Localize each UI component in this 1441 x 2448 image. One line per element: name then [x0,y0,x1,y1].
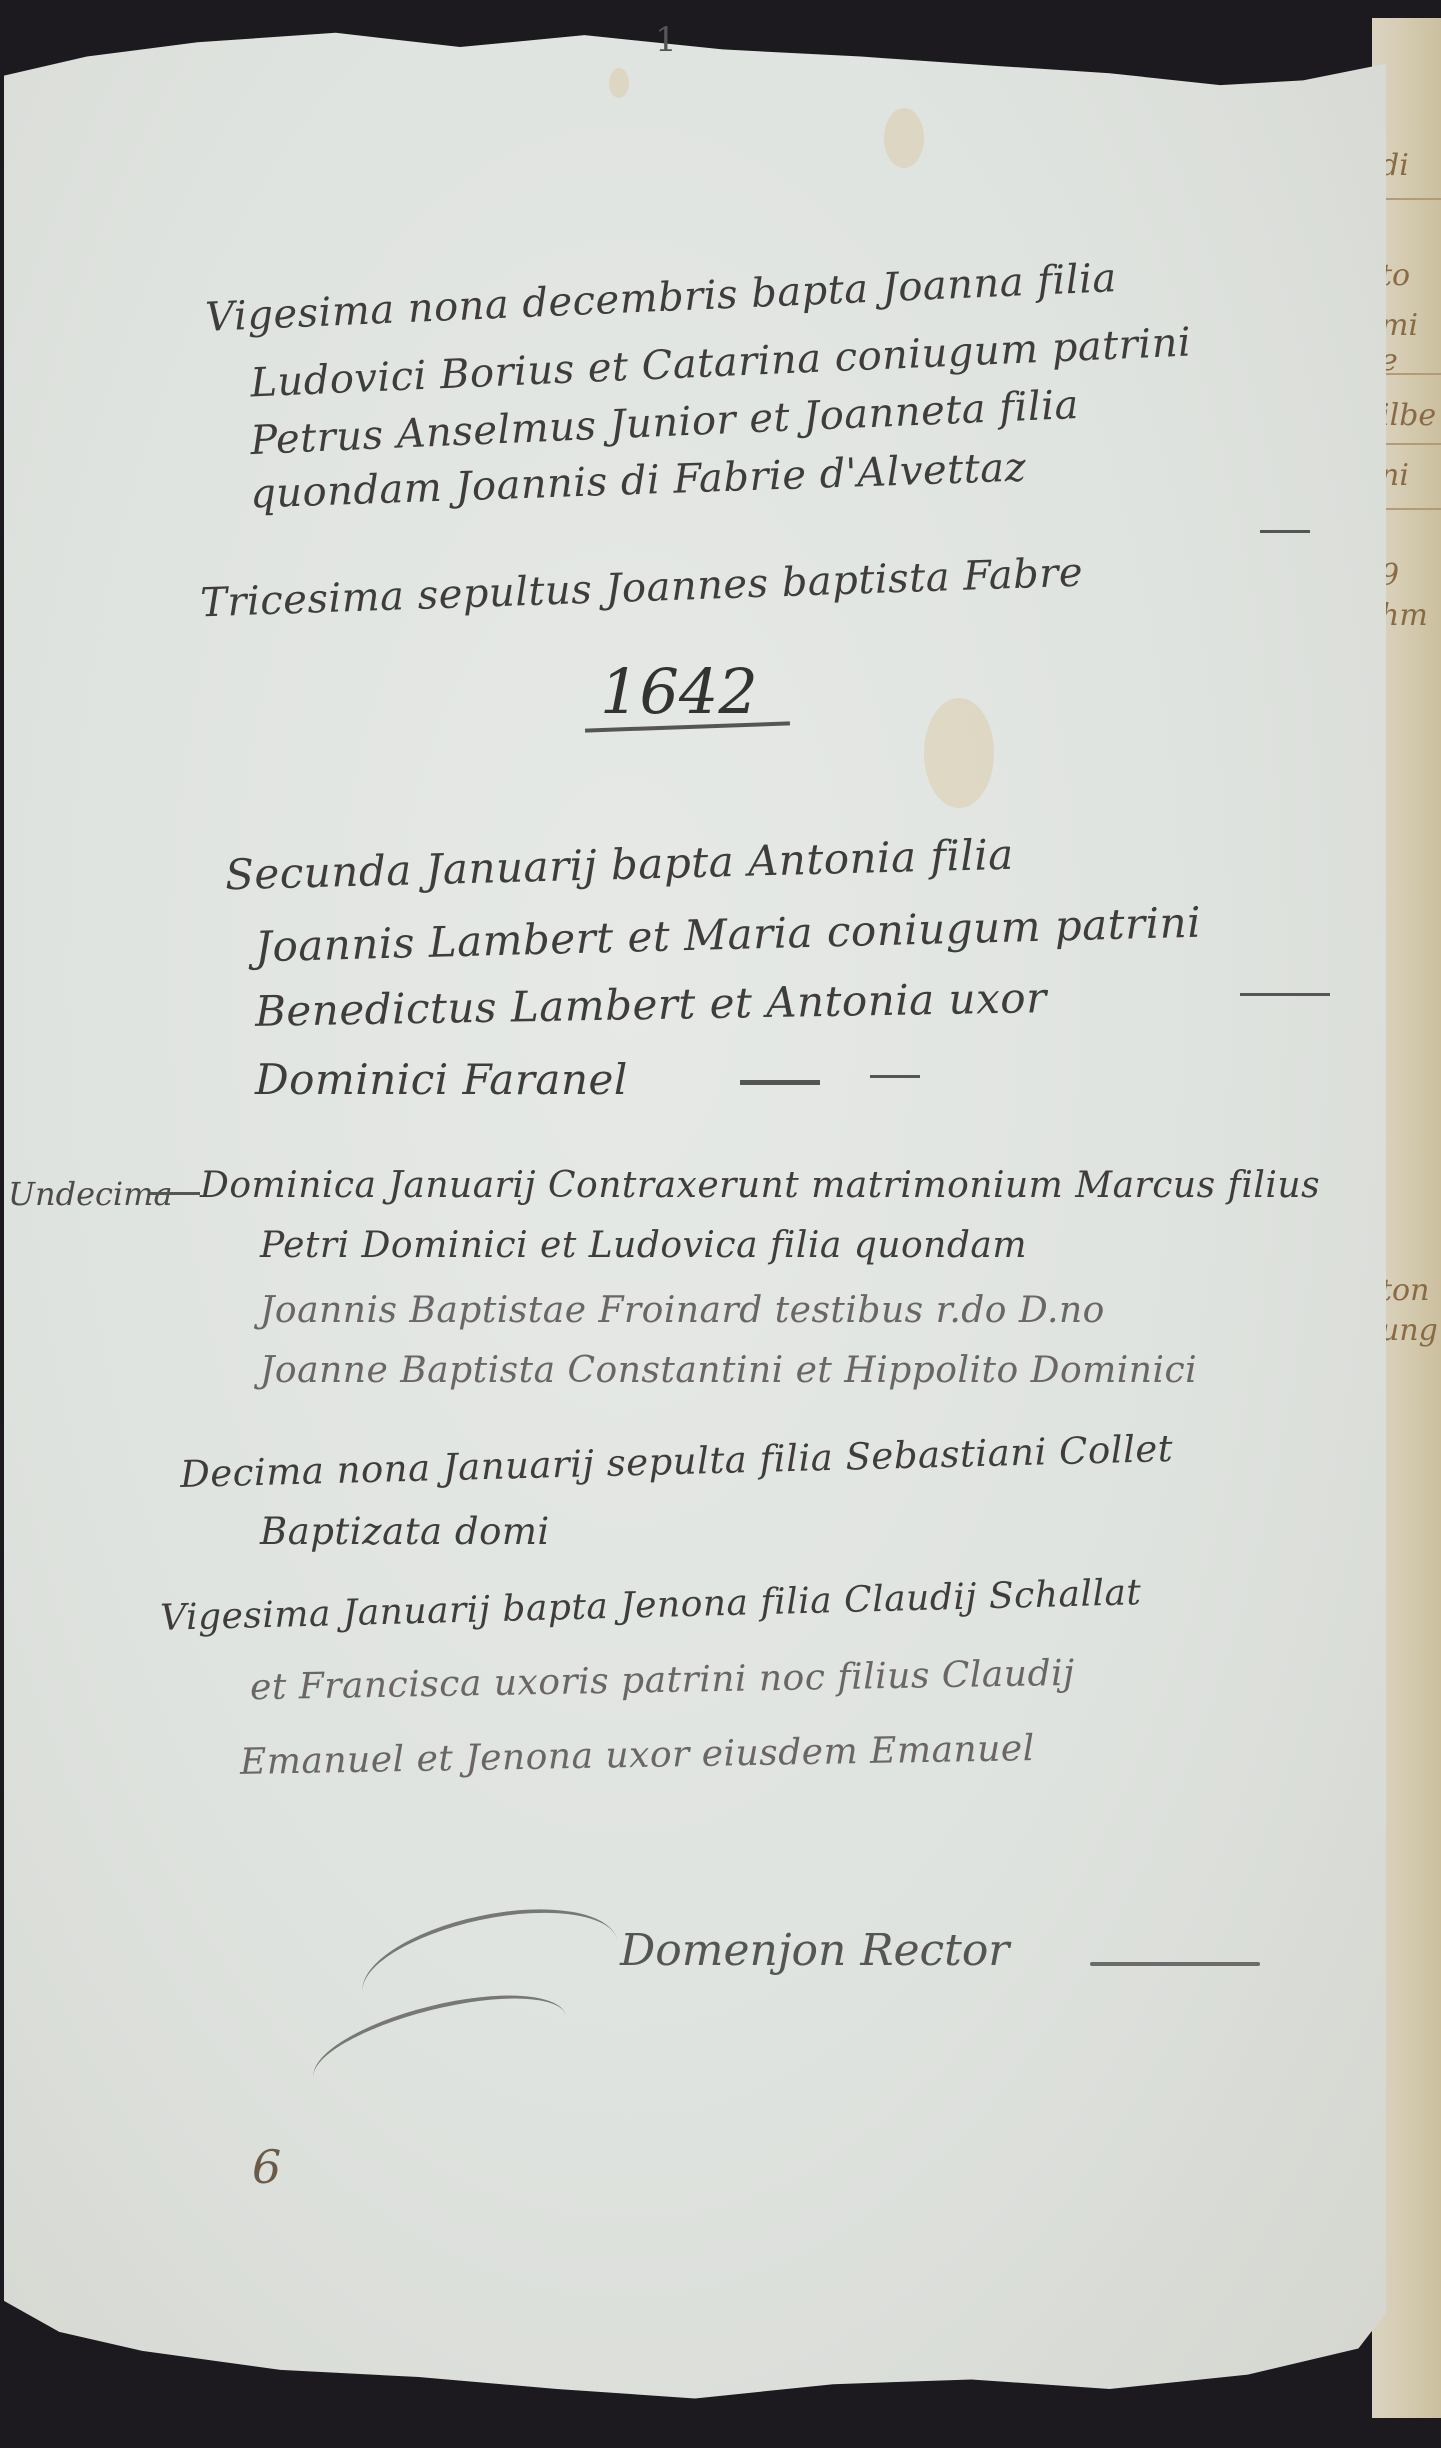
year-heading: 1642 [600,655,758,728]
adjacent-rule [1382,508,1441,510]
paper-stain [924,698,994,808]
margin-note: Undecima [8,1175,173,1213]
signature-tail [1090,1962,1260,1966]
line-end-dash [870,1075,920,1078]
adjacent-fragment: ung [1380,1313,1438,1348]
entry-line: Joanne Baptista Constantini et Hippolito… [260,1350,1197,1391]
line-end-dash [1260,530,1310,533]
paper-stain [609,68,629,98]
entry-line: Dominici Faranel [255,1055,628,1104]
entry-line: Petri Dominici et Ludovica filia quondam [260,1225,1027,1266]
entry-line: Baptizata domi [260,1510,550,1553]
adjacent-fragment: hm [1380,598,1428,633]
line-end-dash [1240,993,1330,996]
entry-line: Dominica Januarij Contraxerunt matrimoni… [200,1165,1320,1206]
adjacent-fragment: ilbe [1380,398,1436,433]
adjacent-rule [1382,198,1441,200]
page-number: 6 [252,2140,281,2194]
adjacent-rule [1382,373,1441,375]
line-end-dash [150,1192,200,1195]
document-scan: di to mi e ilbe ni 9 hm ton ung 1 Vigesi… [0,0,1441,2448]
rector-signature: Domenjon Rector [620,1925,1009,1976]
entry-line: Joannis Baptistae Froinard testibus r.do… [260,1290,1105,1331]
adjacent-rule [1382,443,1441,445]
adjacent-fragment: ton [1380,1273,1429,1308]
folio-mark: 1 [655,20,677,60]
paper-stain [884,108,924,168]
line-end-dash [740,1080,820,1085]
